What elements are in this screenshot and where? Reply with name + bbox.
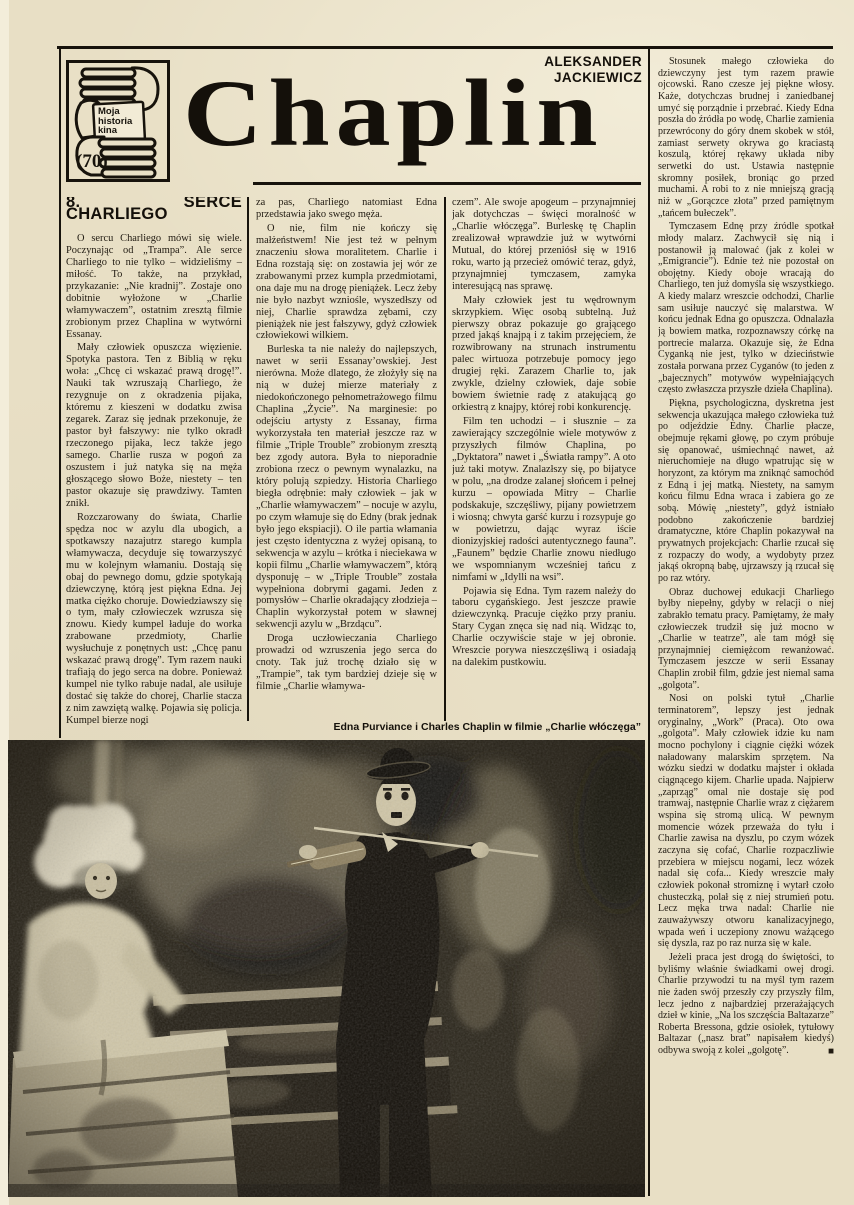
top-rule xyxy=(57,46,833,49)
paragraph: Mały człowiek jest tu wędrownym skrzypki… xyxy=(452,295,636,415)
paragraph: Pojawia się Edna. Tym razem należy do ta… xyxy=(452,586,636,670)
author-last-name: JACKIEWICZ xyxy=(440,70,642,86)
paragraph: Nosi on polski tytuł „Charlie terminator… xyxy=(658,693,834,949)
paragraph: Burleska ta nie należy do najlepszych, n… xyxy=(256,344,437,631)
text-column-1: 8. SERCE CHARLIEGO O sercu Charliego mów… xyxy=(66,197,242,725)
photo-caption: Edna Purviance i Charles Chaplin w filmi… xyxy=(200,721,641,733)
film-still-photo xyxy=(8,740,645,1197)
paragraph-text: Jeżeli praca jest drogą do świętości, to… xyxy=(658,952,834,1056)
series-number: (70) xyxy=(76,151,108,173)
series-name: Moja historia kina xyxy=(98,107,154,136)
paragraph: Tymczasem Ednę przy źródle spotkał młody… xyxy=(658,221,834,396)
paragraph: Piękna, psychologiczna, dyskretna jest s… xyxy=(658,398,834,585)
text-column-4: Stosunek małego człowieka do dziewczyny … xyxy=(658,56,834,1202)
column-divider-2 xyxy=(444,197,446,721)
paragraph: Film ten uchodzi – i słusznie – za zawie… xyxy=(452,416,636,583)
end-of-article-marker: ■ xyxy=(817,1047,834,1057)
series-logo: Moja historia kina (70) xyxy=(66,60,170,182)
paragraph: za pas, Charliego natomiast Edna przedst… xyxy=(256,197,437,221)
magazine-page: Moja historia kina (70) Chaplin ALEKSAND… xyxy=(0,0,854,1205)
film-still-illustration xyxy=(8,740,645,1197)
author-first-name: ALEKSANDER xyxy=(440,54,642,70)
left-column-rule xyxy=(59,46,61,738)
paragraph: czem”. Ale swoje apogeum – przynajmniej … xyxy=(452,197,636,293)
section-heading: 8. SERCE CHARLIEGO xyxy=(66,197,242,221)
column-divider-3 xyxy=(648,46,650,1196)
paragraph: O sercu Charliego mówi się wiele. Poczyn… xyxy=(66,233,242,341)
paragraph-last: Jeżeli praca jest drogą do świętości, to… xyxy=(658,952,834,1057)
title-underline xyxy=(253,182,641,185)
paragraph: Obraz duchowej edukacji Charliego byłby … xyxy=(658,587,834,692)
paragraph: Rozczarowany do świata, Charlie spędza n… xyxy=(66,512,242,725)
paragraph: Droga uczłowieczania Charliego prowadzi … xyxy=(256,633,437,693)
author-byline: ALEKSANDER JACKIEWICZ xyxy=(440,54,642,86)
paragraph: O nie, film nie kończy się małżeństwem! … xyxy=(256,223,437,343)
text-column-3: czem”. Ale swoje apogeum – przynajmniej … xyxy=(452,197,636,725)
text-column-2: za pas, Charliego natomiast Edna przedst… xyxy=(256,197,437,725)
paragraph: Stosunek małego człowieka do dziewczyny … xyxy=(658,56,834,219)
column-divider-1 xyxy=(247,197,249,721)
series-name-line: kina xyxy=(98,126,154,136)
paragraph: Mały człowiek opuszcza więzienie. Spotyk… xyxy=(66,342,242,509)
